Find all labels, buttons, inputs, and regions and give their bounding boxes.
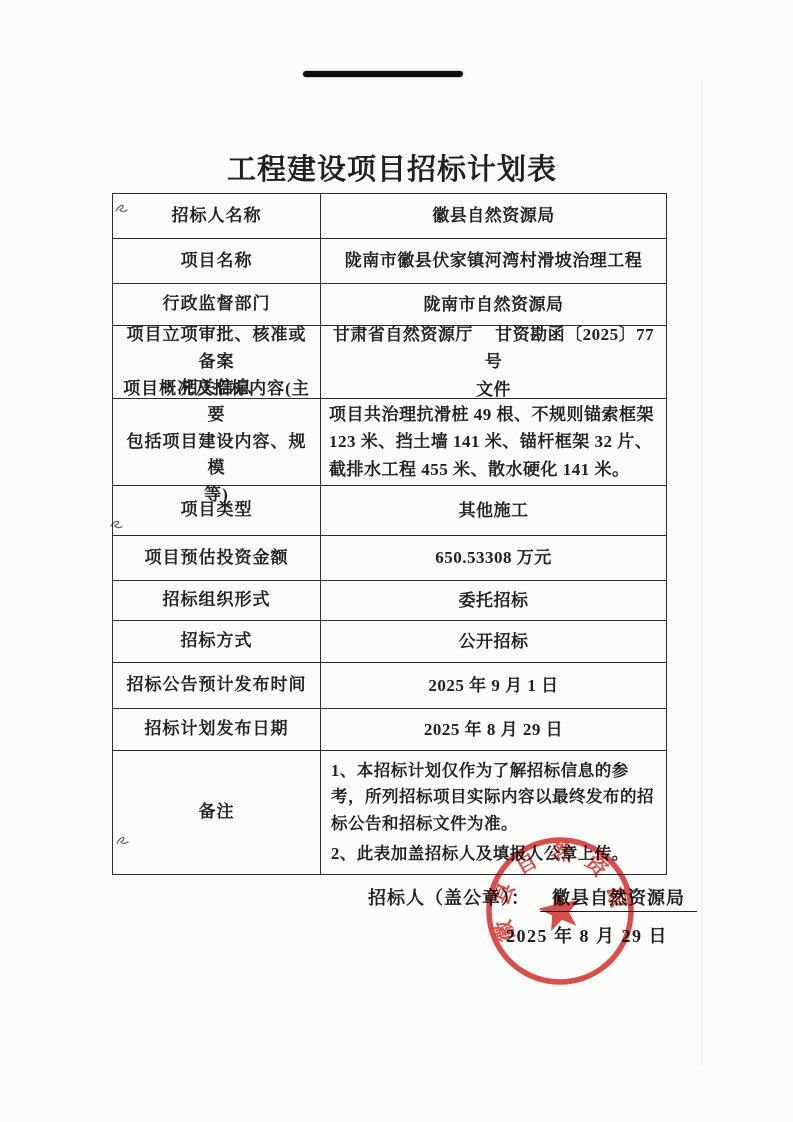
table-row: 招标计划发布日期 2025 年 8 月 29 日 <box>113 709 666 751</box>
row-value: 650.53308 万元 <box>321 536 666 580</box>
row-label: 招标组织形式 <box>113 581 321 620</box>
table-row: 招标人名称 徽县自然资源局 <box>113 194 666 239</box>
row-label: 备注 <box>113 751 321 874</box>
row-value: 陇南市徽县伏家镇河湾村滑坡治理工程 <box>321 239 666 283</box>
label-line: 项目立项审批、核准或备案 <box>118 322 315 375</box>
row-label: 招标方式 <box>113 621 321 662</box>
row-label: 行政监督部门 <box>113 284 321 325</box>
document-title: 工程建设项目招标计划表 <box>112 150 672 190</box>
label-line: 包括项目建设内容、规模 <box>118 429 315 482</box>
row-value: 陇南市自然资源局 <box>321 284 666 325</box>
table-row: 招标方式 公开招标 <box>113 621 666 663</box>
row-label: 招标计划发布日期 <box>113 709 321 750</box>
table-row: 项目预估投资金额 650.53308 万元 <box>113 536 666 581</box>
bidding-plan-table: 招标人名称 徽县自然资源局 项目名称 陇南市徽县伏家镇河湾村滑坡治理工程 行政监… <box>112 193 667 875</box>
row-value: 1、本招标计划仅作为了解招标信息的参考，所列招标项目实际内容以最终发布的招标公告… <box>321 751 666 874</box>
table-row: 项目概况及招标内容(主要 包括项目建设内容、规模 等) 项目共治理抗滑桩 49 … <box>113 399 666 486</box>
table-row: 招标公告预计发布时间 2025 年 9 月 1 日 <box>113 663 666 709</box>
table-row: 项目类型 其他施工 <box>113 486 666 536</box>
remark-line: 1、本招标计划仅作为了解招标信息的参考，所列招标项目实际内容以最终发布的招标公告… <box>331 758 656 837</box>
row-label: 项目预估投资金额 <box>113 536 321 580</box>
label-line: 项目概况及招标内容(主要 <box>118 376 315 429</box>
table-row: 行政监督部门 陇南市自然资源局 <box>113 284 666 326</box>
table-row: 项目名称 陇南市徽县伏家镇河湾村滑坡治理工程 <box>113 239 666 284</box>
row-value: 委托招标 <box>321 581 666 620</box>
row-value: 公开招标 <box>321 621 666 662</box>
row-label: 项目类型 <box>113 486 321 535</box>
row-value: 项目共治理抗滑桩 49 根、不规则锚索框架 123 米、挡土墙 141 米、锚杆… <box>321 399 666 485</box>
row-value: 2025 年 9 月 1 日 <box>321 663 666 708</box>
row-value: 其他施工 <box>321 486 666 535</box>
signer-name: 徽县自然资源局 <box>540 884 697 912</box>
row-label: 招标人名称 <box>113 194 321 238</box>
table-row: 招标组织形式 委托招标 <box>113 581 666 621</box>
row-label: 招标公告预计发布时间 <box>113 663 321 708</box>
row-label: 项目名称 <box>113 239 321 283</box>
row-value: 2025 年 8 月 29 日 <box>321 709 666 750</box>
footer-date: 2025 年 8 月 29 日 <box>506 922 668 948</box>
table-row: 备注 1、本招标计划仅作为了解招标信息的参考，所列招标项目实际内容以最终发布的招… <box>113 751 666 874</box>
scan-fold-line <box>701 80 703 1065</box>
signer-label: 招标人（盖公章）： <box>368 888 530 908</box>
row-value: 甘肃省自然资源厅 甘资勘函〔2025〕77 号 文件 <box>321 326 666 398</box>
value-line: 甘肃省自然资源厅 甘资勘函〔2025〕77 号 <box>329 321 658 375</box>
signer-line: 招标人（盖公章）：徽县自然资源局 <box>368 884 697 912</box>
row-label: 项目概况及招标内容(主要 包括项目建设内容、规模 等) <box>113 399 321 485</box>
remark-line: 2、此表加盖招标人及填报人公章上传。 <box>331 841 656 867</box>
row-value: 徽县自然资源局 <box>321 194 666 238</box>
scan-artifact-bar <box>303 71 463 77</box>
scanned-document-page: { "page": { "title": "工程建设项目招标计划表" }, "t… <box>0 0 793 1122</box>
